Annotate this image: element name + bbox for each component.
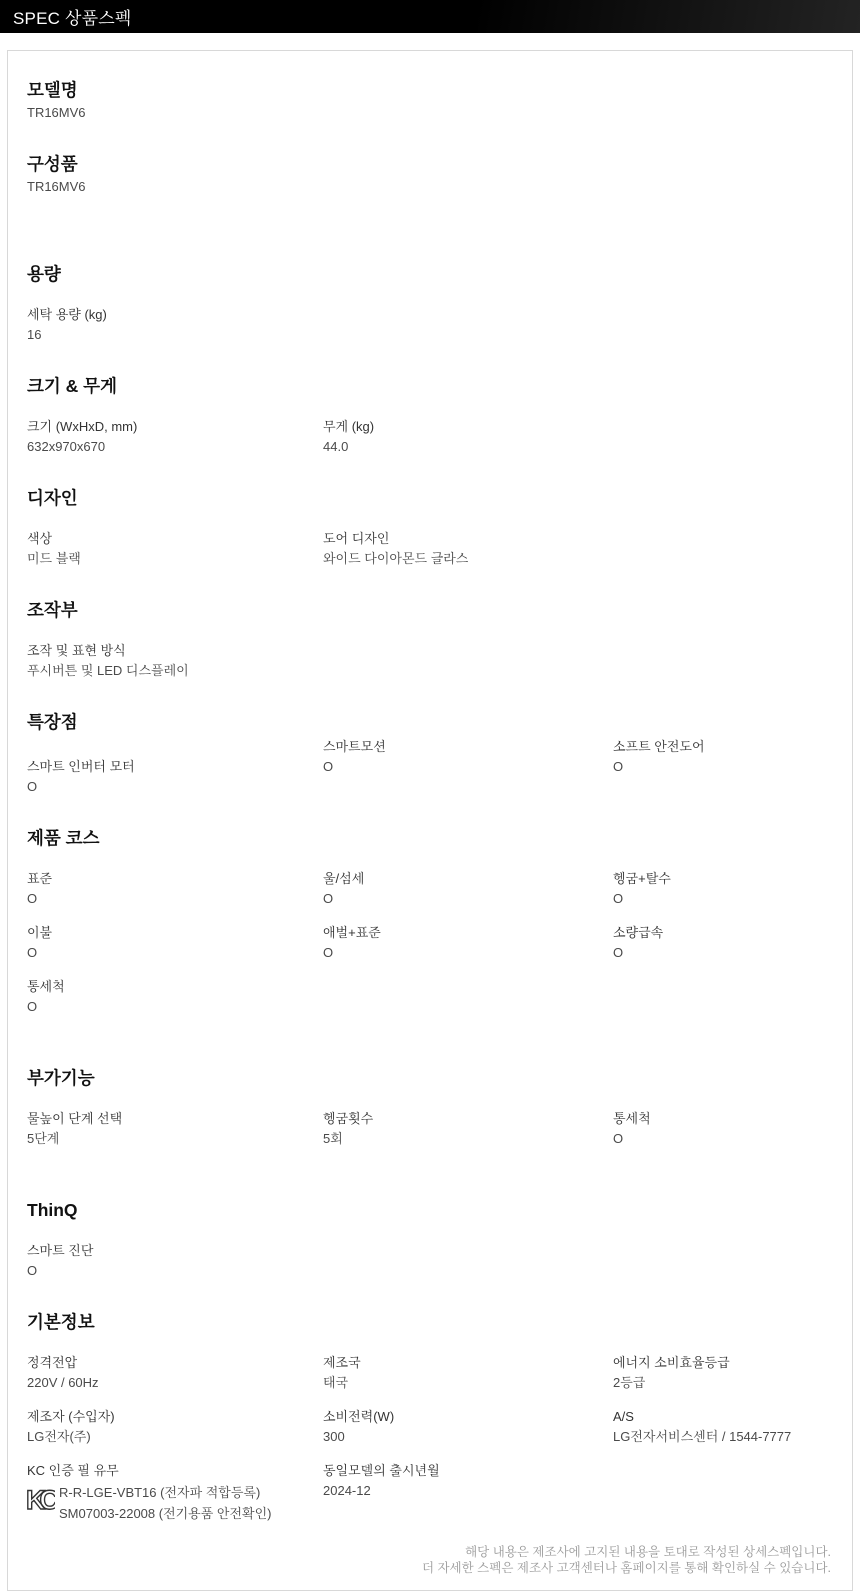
spec-item-label: 제조국 bbox=[323, 1353, 603, 1373]
section-additional-functions: 부가기능 물높이 단계 선택 5단계 헹굼횟수 5회 통세척 O bbox=[27, 1067, 833, 1149]
spec-item-value: O bbox=[323, 889, 603, 909]
spec-item-label: 애벌+표준 bbox=[323, 923, 603, 943]
spec-item: 무게 (kg) 44.0 bbox=[323, 417, 613, 457]
spec-item: 헹굼+탈수 O bbox=[613, 869, 833, 909]
cert-line: SM07003-22008 (전기용품 안전확인) bbox=[59, 1503, 271, 1524]
spec-item-label: 통세척 bbox=[27, 977, 313, 997]
spec-item: 스마트 진단 O bbox=[27, 1241, 323, 1281]
kc-certification-numbers: R-R-LGE-VBT16 (전자파 적합등록) SM07003-22008 (… bbox=[59, 1482, 271, 1524]
spec-item-value: 5회 bbox=[323, 1129, 603, 1149]
spec-item: 에너지 소비효율등급 2등급 bbox=[613, 1353, 833, 1393]
spec-item: 도어 디자인 와이드 다이아몬드 글라스 bbox=[323, 529, 613, 569]
spec-item-value: O bbox=[613, 943, 823, 963]
spec-item: 이불 O bbox=[27, 923, 323, 963]
spec-item-value: O bbox=[323, 943, 603, 963]
spec-item-label: 헹굼횟수 bbox=[323, 1109, 603, 1129]
spec-item-value: LG전자서비스센터 / 1544-7777 bbox=[613, 1427, 823, 1447]
spec-item: TR16MV6 bbox=[27, 177, 323, 197]
spec-item: 정격전압 220V / 60Hz bbox=[27, 1353, 323, 1393]
section-title: 조작부 bbox=[27, 599, 833, 621]
spec-item-label: 스마트 인버터 모터 bbox=[27, 757, 313, 777]
spec-item-label: 무게 (kg) bbox=[323, 417, 603, 437]
kc-certification-icon: KC bbox=[27, 1483, 55, 1520]
spec-item-value: O bbox=[27, 997, 313, 1017]
spec-item-value: O bbox=[27, 889, 313, 909]
spec-item-value: O bbox=[27, 1261, 313, 1281]
section-capacity: 용량 세탁 용량 (kg) 16 bbox=[27, 263, 833, 345]
spec-item-value: 푸시버튼 및 LED 디스플레이 bbox=[27, 661, 313, 681]
spec-item-label: 조작 및 표현 방식 bbox=[27, 641, 313, 661]
spec-item-label: 표준 bbox=[27, 869, 313, 889]
spec-item-label: 정격전압 bbox=[27, 1353, 313, 1373]
section-title: 모델명 bbox=[27, 79, 833, 101]
disclaimer: 해당 내용은 제조사에 고지된 내용을 토대로 작성된 상세스펙입니다. 더 자… bbox=[27, 1544, 833, 1576]
section-design: 디자인 색상 미드 블랙 도어 디자인 와이드 다이아몬드 글라스 bbox=[27, 487, 833, 569]
spec-item-label: 스마트모션 bbox=[323, 737, 603, 757]
section-product-courses: 제품 코스 표준 O 울/섬세 O 헹굼+탈수 O 이불 O 애벌+표준 O bbox=[27, 827, 833, 1017]
spec-item-value: 태국 bbox=[323, 1373, 603, 1393]
spec-item-label: 소프트 안전도어 bbox=[613, 737, 823, 757]
spec-item-value: 300 bbox=[323, 1427, 603, 1447]
spec-item-label: 에너지 소비효율등급 bbox=[613, 1353, 823, 1373]
spec-item-label: 스마트 진단 bbox=[27, 1241, 313, 1261]
cert-line: R-R-LGE-VBT16 (전자파 적합등록) bbox=[59, 1482, 271, 1503]
spec-item-value: O bbox=[613, 889, 823, 909]
spec-item: TR16MV6 bbox=[27, 103, 323, 123]
spec-item-label: 제조자 (수입자) bbox=[27, 1407, 313, 1427]
section-features: 특장점 스마트 인버터 모터 O 스마트모션 O 소프트 안전도어 O bbox=[27, 711, 833, 797]
section-title: 용량 bbox=[27, 263, 833, 285]
section-size-weight: 크기 & 무게 크기 (WxHxD, mm) 632x970x670 무게 (k… bbox=[27, 375, 833, 457]
spec-header-title: SPEC 상품스펙 bbox=[13, 4, 132, 29]
spec-item: 크기 (WxHxD, mm) 632x970x670 bbox=[27, 417, 323, 457]
spec-item-value: LG전자(주) bbox=[27, 1427, 313, 1447]
spec-item-label: A/S bbox=[613, 1407, 823, 1427]
spec-item: 조작 및 표현 방식 푸시버튼 및 LED 디스플레이 bbox=[27, 641, 323, 681]
spec-item: 소비전력(W) 300 bbox=[323, 1407, 613, 1447]
spec-item-value: O bbox=[27, 943, 313, 963]
spec-item-value: 2024-12 bbox=[323, 1481, 603, 1501]
section-title: 기본정보 bbox=[27, 1311, 833, 1333]
section-basic-info: 기본정보 정격전압 220V / 60Hz 제조국 태국 에너지 소비효율등급 … bbox=[27, 1311, 833, 1524]
spec-item: 애벌+표준 O bbox=[323, 923, 613, 963]
spec-item: 세탁 용량 (kg) 16 bbox=[27, 305, 323, 345]
spec-item-label: 크기 (WxHxD, mm) bbox=[27, 417, 313, 437]
spec-item-label: 색상 bbox=[27, 529, 313, 549]
spec-item: 표준 O bbox=[27, 869, 323, 909]
section-thinq: ThinQ 스마트 진단 O bbox=[27, 1199, 833, 1281]
svg-text:KC: KC bbox=[27, 1485, 55, 1515]
spec-item-label: KC 인증 필 유무 bbox=[27, 1461, 313, 1481]
spec-card: 모델명 TR16MV6 구성품 TR16MV6 용량 세탁 용량 (kg) 16… bbox=[7, 50, 853, 1591]
spec-item: 소량급속 O bbox=[613, 923, 833, 963]
section-control-panel: 조작부 조작 및 표현 방식 푸시버튼 및 LED 디스플레이 bbox=[27, 599, 833, 681]
spec-item: 제조국 태국 bbox=[323, 1353, 613, 1393]
section-model-name: 모델명 TR16MV6 bbox=[27, 79, 833, 123]
spec-item-label: 동일모델의 출시년월 bbox=[323, 1461, 603, 1481]
spec-item: 통세척 O bbox=[613, 1109, 833, 1149]
section-title: 크기 & 무게 bbox=[27, 375, 833, 397]
section-title: ThinQ bbox=[27, 1199, 833, 1221]
spec-item: 제조자 (수입자) LG전자(주) bbox=[27, 1407, 323, 1447]
spec-item-value: 5단계 bbox=[27, 1129, 313, 1149]
spec-item-value: O bbox=[323, 757, 603, 777]
spec-item: 울/섬세 O bbox=[323, 869, 613, 909]
spec-item-value: 2등급 bbox=[613, 1373, 823, 1393]
spec-item: 통세척 O bbox=[27, 977, 323, 1017]
spec-item-value: TR16MV6 bbox=[27, 177, 313, 197]
spec-item-label: 울/섬세 bbox=[323, 869, 603, 889]
section-title: 제품 코스 bbox=[27, 827, 833, 849]
spec-item: 색상 미드 블랙 bbox=[27, 529, 323, 569]
section-title: 구성품 bbox=[27, 153, 833, 175]
spec-item-label: 물높이 단계 선택 bbox=[27, 1109, 313, 1129]
spec-item-value: 미드 블랙 bbox=[27, 549, 313, 569]
spec-item-label: 헹굼+탈수 bbox=[613, 869, 823, 889]
section-title: 부가기능 bbox=[27, 1067, 833, 1089]
spec-item-label: 통세척 bbox=[613, 1109, 823, 1129]
spec-item-value: O bbox=[613, 757, 823, 777]
section-components: 구성품 TR16MV6 bbox=[27, 153, 833, 197]
spec-item-value: 220V / 60Hz bbox=[27, 1373, 313, 1393]
spec-item-value: 44.0 bbox=[323, 437, 603, 457]
spec-item-value: 와이드 다이아몬드 글라스 bbox=[323, 549, 603, 569]
spec-item: 소프트 안전도어 O bbox=[613, 737, 833, 797]
section-title: 특장점 bbox=[27, 711, 833, 733]
spec-item-value: TR16MV6 bbox=[27, 103, 313, 123]
spec-item-kc-certification: KC 인증 필 유무 KC R-R-LGE-VBT16 (전자파 적합등록) S… bbox=[27, 1461, 323, 1524]
spec-item-label: 소량급속 bbox=[613, 923, 823, 943]
spec-item-label: 이불 bbox=[27, 923, 313, 943]
spec-item: 동일모델의 출시년월 2024-12 bbox=[323, 1461, 613, 1524]
section-title: 디자인 bbox=[27, 487, 833, 509]
spec-item-label: 도어 디자인 bbox=[323, 529, 603, 549]
spec-item: 헹굼횟수 5회 bbox=[323, 1109, 613, 1149]
spec-header: SPEC 상품스펙 bbox=[0, 0, 860, 33]
spec-item: A/S LG전자서비스센터 / 1544-7777 bbox=[613, 1407, 833, 1447]
spec-item: 물높이 단계 선택 5단계 bbox=[27, 1109, 323, 1149]
spec-item: 스마트모션 O bbox=[323, 737, 613, 797]
spec-item-value: 632x970x670 bbox=[27, 437, 313, 457]
disclaimer-line: 더 자세한 스펙은 제조사 고객센터나 홈페이지를 통해 확인하실 수 있습니다… bbox=[27, 1560, 831, 1576]
spec-item: 스마트 인버터 모터 O bbox=[27, 737, 323, 797]
spec-item-value: 16 bbox=[27, 325, 313, 345]
spec-item-value: O bbox=[613, 1129, 823, 1149]
disclaimer-line: 해당 내용은 제조사에 고지된 내용을 토대로 작성된 상세스펙입니다. bbox=[27, 1544, 831, 1560]
spec-item-label: 세탁 용량 (kg) bbox=[27, 305, 313, 325]
spec-item-label: 소비전력(W) bbox=[323, 1407, 603, 1427]
spec-item-value: O bbox=[27, 777, 313, 797]
